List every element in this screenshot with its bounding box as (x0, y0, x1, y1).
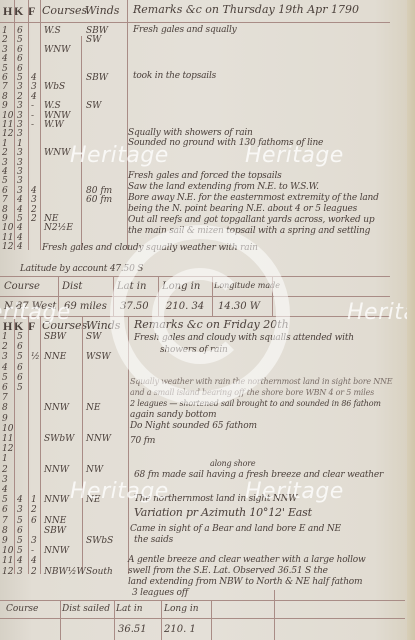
watermark-text: Heritage (0, 300, 71, 325)
log-page: H K F Courses Winds Remarks &c on Thursd… (0, 0, 407, 640)
remark: A gentle breeze and clear weather with a… (128, 555, 366, 565)
summary-rule (211, 600, 212, 640)
log-cell-h: 2 (2, 343, 8, 352)
watermark-logo-inner-icon (152, 268, 248, 364)
log-cell-course: WNW (44, 149, 70, 158)
log-cell-k: 5 (17, 517, 23, 526)
log-cell-course: NBW½W (44, 568, 86, 577)
log-cell-f: - (31, 121, 34, 130)
log-cell-h: 8 (2, 404, 8, 413)
log-cell-wind: SBW (86, 74, 108, 83)
log-cell-course: NNW (44, 547, 69, 556)
log-cell-wind: NE (86, 404, 100, 413)
summary-header-distance: Dist (62, 281, 82, 292)
log-cell-wind: SW (86, 102, 101, 111)
remark: Bore away N.E. for the easternmost extre… (128, 193, 379, 203)
log-cell-h: 10 (2, 547, 13, 556)
log-cell-h: 7 (2, 196, 8, 205)
log-cell-f: 6 (31, 517, 37, 526)
log-cell-wind: 60 fm (86, 196, 112, 205)
log-cell-h: 4 (2, 364, 8, 373)
log-cell-h: 4 (2, 55, 8, 64)
log-cell-wind: WSW (86, 353, 111, 362)
log-cell-h: 4 (2, 486, 8, 495)
log-cell-f: 1 (31, 496, 37, 505)
log-cell-k: 6 (17, 527, 23, 536)
log-cell-h: 10 (2, 425, 13, 434)
log-cell-h: 11 (2, 435, 13, 444)
remark: land extending from NBW to North & NE ha… (128, 577, 362, 587)
log-cell-k: 3 (17, 568, 23, 577)
header-winds: Winds (85, 4, 119, 17)
summary-header-course: Course (4, 281, 40, 292)
header-courses: Courses (42, 4, 87, 17)
header-h: H (3, 4, 12, 19)
log-cell-f: - (31, 102, 34, 111)
summary-rule (274, 590, 275, 640)
log-cell-h: 6 (2, 506, 8, 515)
watermark-text: Heritage (70, 479, 169, 504)
remark: swell from the S.E. Lat. Observed 36.51 … (128, 566, 328, 576)
summary-value-longitude: 210. 1 (164, 624, 196, 635)
summary-header-distance: Dist sailed (62, 604, 110, 614)
log-cell-k: 3 (17, 102, 23, 111)
column-rule (40, 0, 41, 250)
log-cell-h: 12 (2, 445, 13, 454)
summary-header-latitude: Lat in (116, 604, 143, 614)
remark: took in the topsails (133, 71, 216, 81)
log-cell-h: 3 (2, 353, 8, 362)
log-cell-course: NNW (44, 466, 69, 475)
log-cell-course: WbS (44, 83, 65, 92)
log-cell-h: 7 (2, 517, 8, 526)
log-cell-k: 4 (17, 243, 23, 252)
log-cell-course: WNW (44, 46, 70, 55)
log-cell-k: 5 (17, 384, 23, 393)
log-cell-course: NNE (44, 517, 66, 526)
column-rule (14, 316, 15, 574)
summary-header-longitude: Long in (164, 604, 199, 614)
log-cell-k: 4 (17, 557, 23, 566)
log-cell-h: 11 (2, 557, 13, 566)
remark: along shore (210, 459, 255, 468)
remark: being the N. point bearing N.E. about 4 … (128, 204, 357, 214)
column-rule (28, 0, 29, 250)
log-cell-h: 1 (2, 333, 8, 342)
log-cell-course: W.S (44, 102, 61, 111)
column-rule (82, 316, 83, 574)
log-cell-h: 2 (2, 149, 8, 158)
log-cell-f: 3 (31, 537, 37, 546)
log-cell-h: 7 (2, 394, 8, 403)
log-cell-course: W.S (44, 27, 61, 36)
remark: again sandy bottom (130, 410, 216, 420)
log-cell-f: 2 (31, 506, 37, 515)
log-cell-course: NNE (44, 353, 66, 362)
log-cell-k: 5 (17, 333, 23, 342)
summary-value-latitude: 36.51 (118, 624, 147, 635)
log-cell-k: 6 (17, 364, 23, 373)
remark: Came in sight of a Bear and land bore E … (130, 524, 341, 534)
watermark-text: Heritage (245, 479, 344, 504)
log-cell-k: 4 (17, 196, 23, 205)
log-cell-wind: South (86, 568, 113, 577)
remark: 3 leagues off (132, 588, 188, 598)
log-cell-h: 5 (2, 374, 8, 383)
log-cell-h: 12 (2, 568, 13, 577)
log-cell-course: SBW (44, 527, 66, 536)
remark: 2 leagues — shortened sail brought to an… (130, 399, 381, 408)
remark: Do Night sounded 65 fathom (130, 421, 257, 431)
summary-rule (114, 600, 115, 640)
log-cell-wind: NW (86, 466, 103, 475)
log-cell-h: 9 (2, 102, 8, 111)
log-cell-h: 2 (2, 466, 8, 475)
remark: Variation pr Azimuth 10°12' East (134, 506, 312, 519)
column-rule (40, 316, 41, 574)
watermark-text: Heritage (347, 300, 415, 325)
header-k: K (14, 4, 23, 19)
header-remarks-day1: Remarks &c on Thursday 19th Apr 1790 (133, 3, 359, 16)
remark: Squally with showers of rain (128, 128, 253, 138)
log-cell-k: 6 (17, 55, 23, 64)
remark: Out all reefs and got topgallant yards a… (128, 215, 374, 225)
summary-rule (161, 600, 162, 640)
remark: the saids (134, 535, 173, 545)
log-cell-wind: SW (86, 36, 101, 45)
log-cell-f: 4 (31, 557, 37, 566)
header-rule (0, 22, 390, 23)
log-cell-k: 6 (17, 343, 23, 352)
summary-rule (60, 600, 61, 640)
column-rule (14, 0, 15, 250)
log-cell-h: 3 (2, 476, 8, 485)
log-cell-h: 6 (2, 384, 8, 393)
log-cell-h: 8 (2, 527, 8, 536)
log-cell-f: 2 (31, 568, 37, 577)
log-cell-course: W.W (44, 121, 64, 130)
log-cell-course: NNW (44, 404, 69, 413)
summary-header-course: Course (6, 604, 38, 614)
log-cell-f: - (31, 547, 34, 556)
log-cell-course: N2½E (44, 224, 73, 233)
remark: 70 fm (130, 436, 155, 446)
log-cell-k: 3 (17, 506, 23, 515)
log-cell-h: 9 (2, 415, 8, 424)
remark: Fresh gales and squally (133, 25, 237, 35)
log-cell-h: 12 (2, 243, 13, 252)
log-cell-k: 4 (17, 496, 23, 505)
log-cell-k: 5 (17, 537, 23, 546)
remark: Saw the land extending from N.E. to W.S.… (128, 182, 319, 192)
page-edge (407, 0, 415, 640)
log-cell-wind: NNW (86, 435, 111, 444)
log-cell-wind: SWbS (86, 537, 113, 546)
log-cell-k: 5 (17, 353, 23, 362)
log-cell-course: NNW (44, 496, 69, 505)
log-cell-course: SBW (44, 333, 66, 342)
log-cell-f: ½ (31, 353, 40, 362)
log-cell-h: 9 (2, 537, 8, 546)
log-cell-k: 3 (17, 149, 23, 158)
log-cell-k: 5 (17, 547, 23, 556)
remark: Fresh gales and forced the topsails (128, 171, 282, 181)
log-cell-k: 6 (17, 374, 23, 383)
column-rule (28, 316, 29, 574)
log-cell-h: 5 (2, 496, 8, 505)
log-cell-course: SWbW (44, 435, 74, 444)
watermark-text: Heritage (70, 143, 169, 168)
log-cell-f: 2 (31, 215, 37, 224)
log-cell-h: 1 (2, 455, 8, 464)
header-f: F (28, 4, 35, 19)
log-cell-wind: SW (86, 333, 101, 342)
log-cell-f: 3 (31, 196, 37, 205)
watermark-text: Heritage (245, 143, 344, 168)
